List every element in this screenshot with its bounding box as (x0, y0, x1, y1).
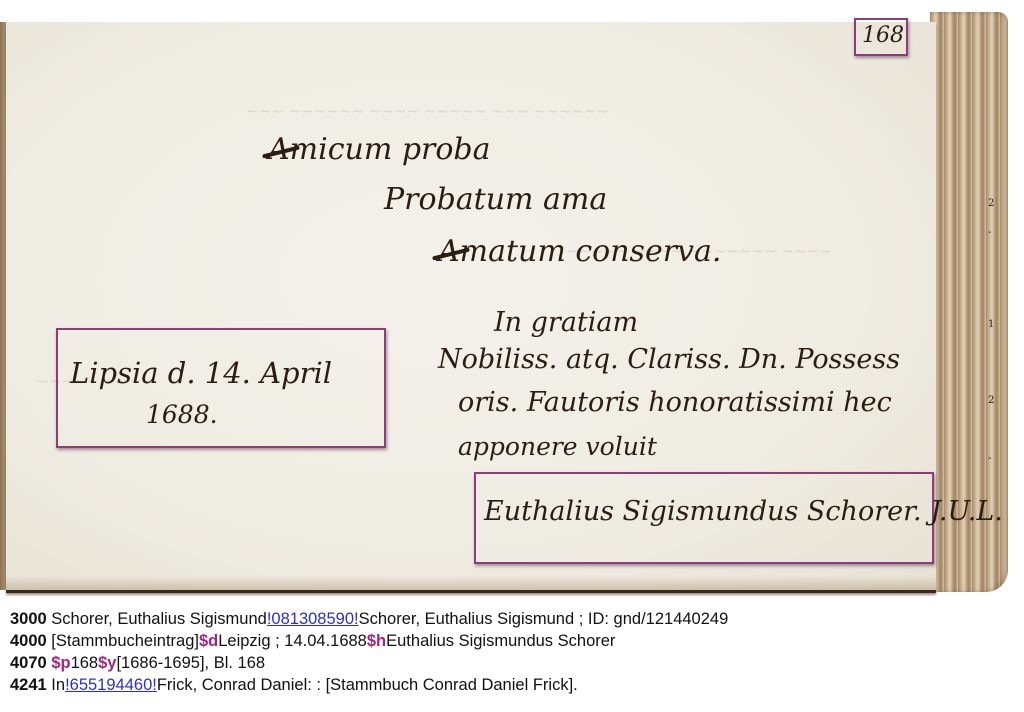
field-tag: 4241 (10, 676, 47, 694)
ppn-link[interactable]: !081308590! (267, 610, 359, 628)
place-date-line-1: Lipsia d. 14. April (70, 356, 332, 390)
record-line-4070: 4070 $p168$y[1686-1695], Bl. 168 (10, 652, 1014, 674)
dedication-line-4: apponere voluit (458, 432, 657, 461)
record-line-4241: 4241 In!655194460!Frick, Conrad Daniel: … (10, 674, 1014, 696)
field-text: Euthalius Sigismundus Schorer (386, 632, 615, 650)
folio-number: 168 (862, 23, 904, 48)
manuscript-page: ~~~ ~~~~~~ ~~~~ ~~~~~ ~~~ ~~~~~~ ~~~~~ ~… (6, 22, 936, 593)
place-date-highlight: Lipsia d. 14. April 1688. (56, 328, 386, 448)
dedication-line-1: In gratiam (494, 307, 638, 338)
subfield-code: $d (199, 632, 218, 650)
dedication-line-3: oris. Fautoris honoratissimi hec (458, 387, 892, 418)
field-text: Leipzig ; 14.04.1688 (218, 632, 367, 650)
manuscript-photo: 2 - 1 2 - ~~~ ~~~~~~ ~~~~ ~~~~~ ~~~ ~~~~… (0, 0, 1024, 600)
edge-mark: - (988, 227, 991, 238)
field-text: Schorer, Euthalius Sigismund (47, 610, 267, 628)
edge-mark: 1 (988, 319, 994, 330)
signature-highlight: Euthalius Sigismundus Schorer. J.U.L. (474, 472, 934, 564)
catalogue-record: 3000 Schorer, Euthalius Sigismund!081308… (10, 608, 1014, 696)
field-text: [Stammbucheintrag] (47, 632, 199, 650)
record-line-4000: 4000 [Stammbucheintrag]$dLeipzig ; 14.04… (10, 630, 1014, 652)
subfield-code: $y (98, 654, 116, 672)
edge-mark: 2 (988, 198, 994, 209)
motto-line-3: Amatum conserva. (438, 234, 721, 269)
motto-line-2: Probatum ama (384, 182, 607, 217)
signature: Euthalius Sigismundus Schorer. J.U.L. (484, 496, 1003, 527)
field-text: Frick, Conrad Daniel: : [Stammbuch Conra… (157, 676, 578, 694)
dedication-line-2: Nobiliss. atq. Clariss. Dn. Possess (438, 344, 900, 375)
field-tag: 3000 (10, 610, 47, 628)
place-date-line-2: 1688. (146, 400, 218, 429)
folio-number-highlight: 168 (854, 18, 908, 56)
motto-line-1: Amicum proba (268, 132, 491, 167)
field-tag: 4070 (10, 654, 47, 672)
subfield-code: $p (51, 654, 70, 672)
ppn-link[interactable]: !655194460! (65, 676, 157, 694)
field-text: Schorer, Euthalius Sigismund ; ID: gnd/1… (359, 610, 729, 628)
edge-mark: - (988, 453, 991, 464)
record-line-3000: 3000 Schorer, Euthalius Sigismund!081308… (10, 608, 1014, 630)
field-text: [1686-1695], Bl. 168 (116, 654, 265, 672)
field-text: In (47, 676, 65, 694)
edge-mark: 2 (988, 395, 994, 406)
field-tag: 4000 (10, 632, 47, 650)
subfield-code: $h (367, 632, 386, 650)
bleed-through: ~~~ ~~~~~~ ~~~~ ~~~~~ ~~~ ~~~~~~ (246, 102, 609, 120)
field-text: 168 (71, 654, 99, 672)
